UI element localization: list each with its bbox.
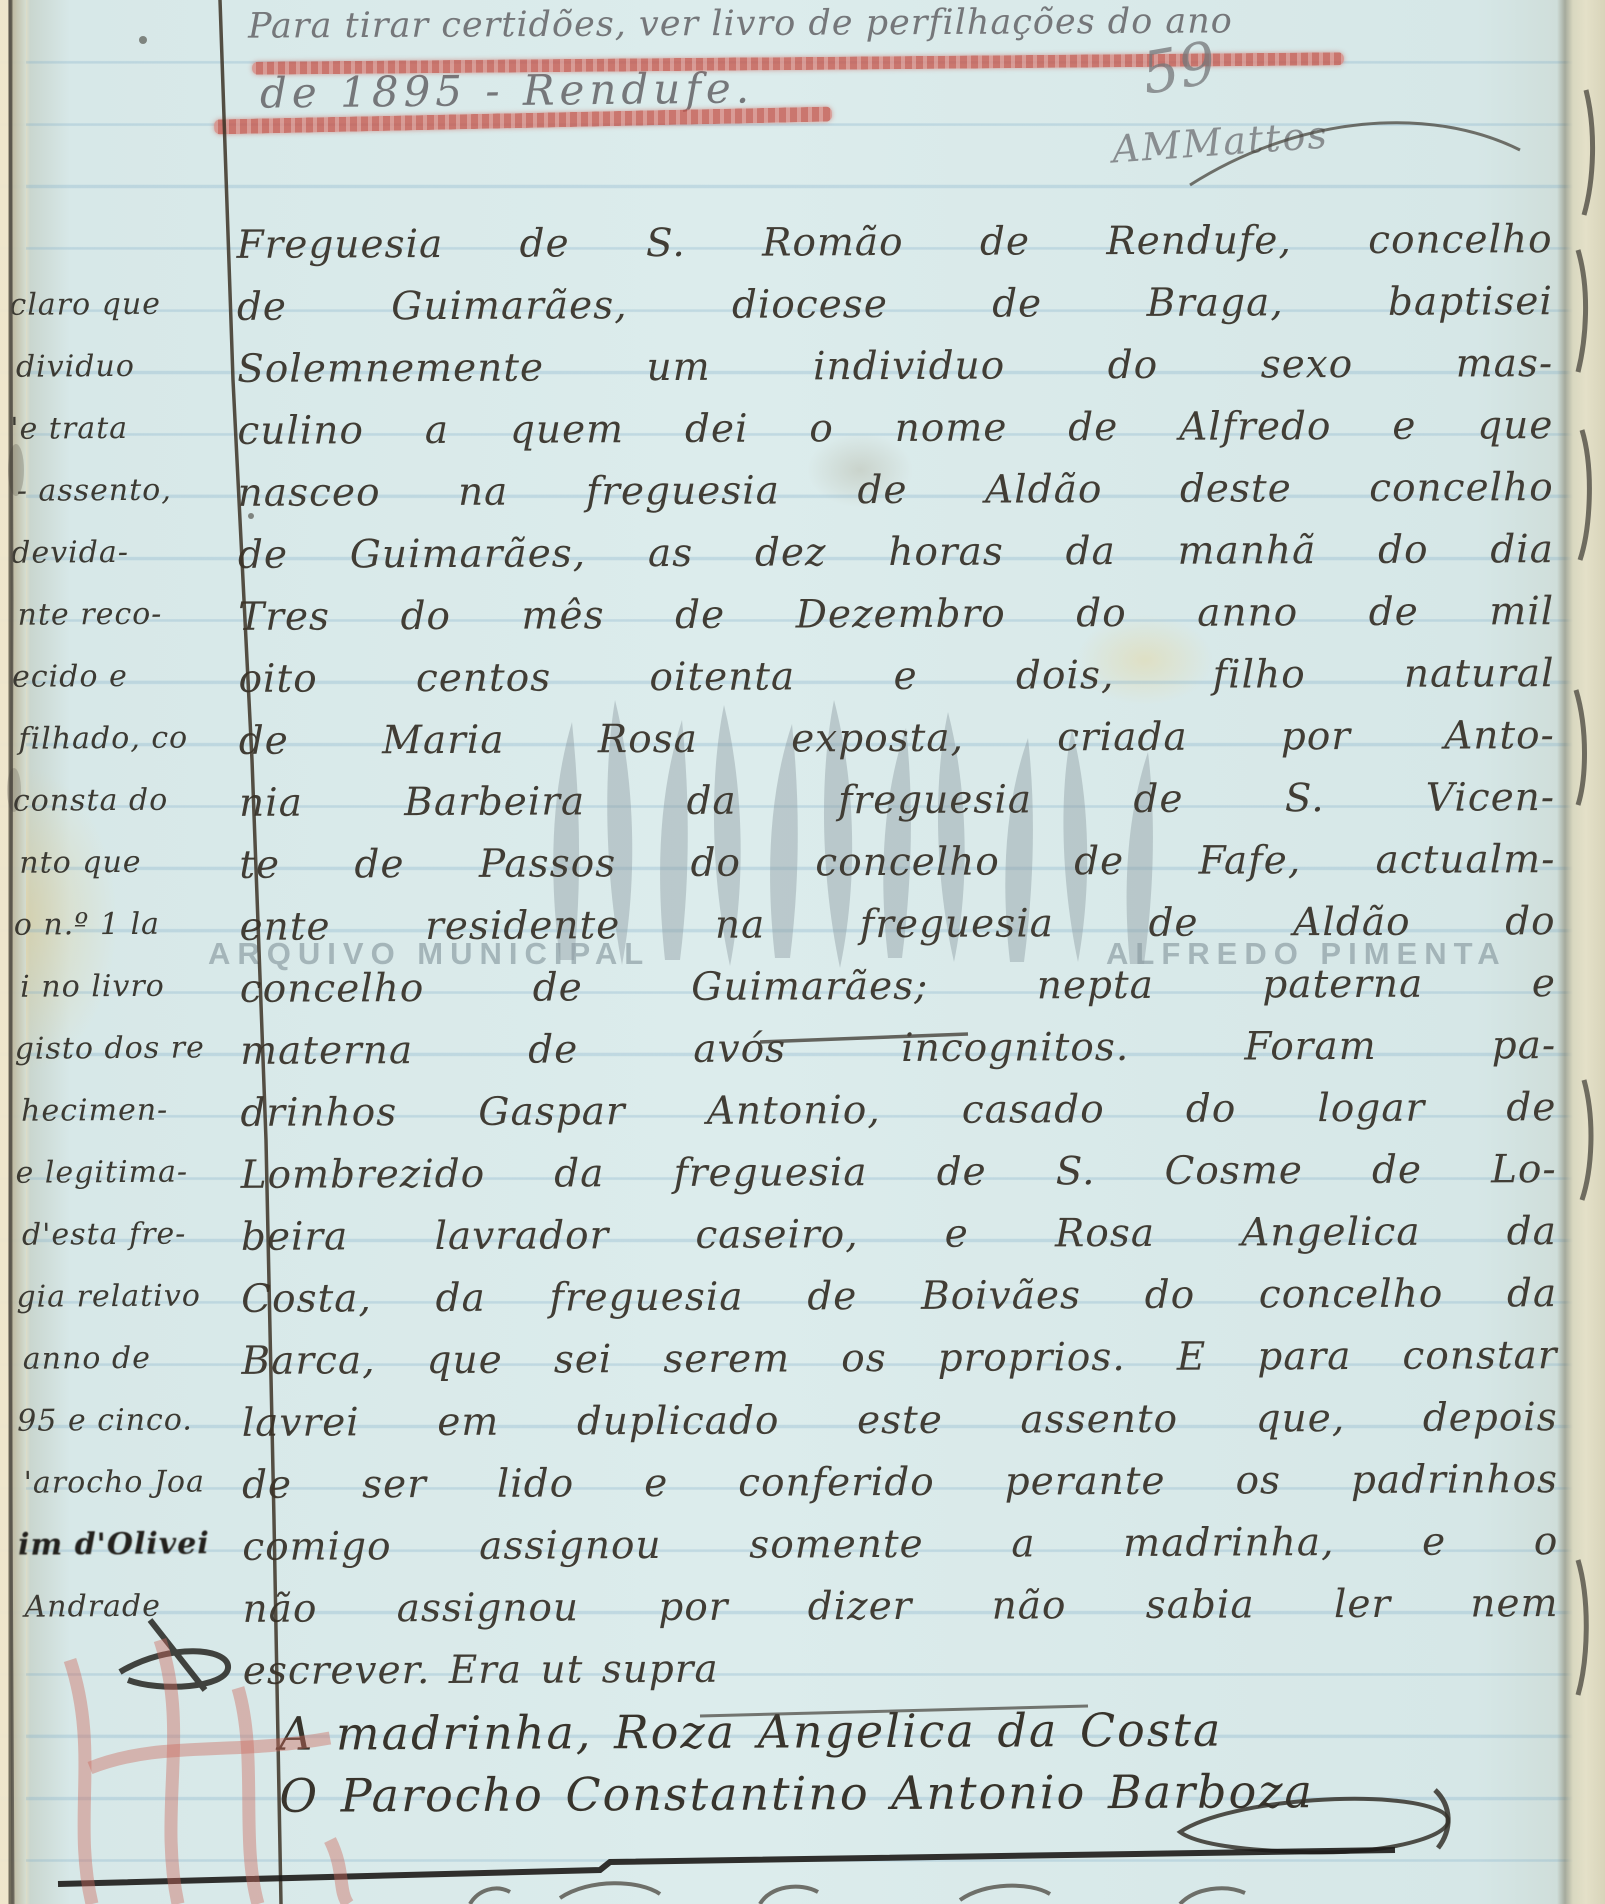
record-text-line: concelho de Guimarães; nepta paterna e <box>240 953 1556 1021</box>
record-text-line: lavrei em duplicado este assento que, de… <box>242 1387 1558 1455</box>
record-text-line: Tres do mês de Dezembro do anno de mil <box>238 581 1554 649</box>
margin-note: claro quedividuo'e trata- assento,devida… <box>9 273 237 1638</box>
margin-note-line: i no livro <box>14 955 232 1019</box>
right-page-edge <box>1557 0 1605 1904</box>
margin-note-line: o n.º 1 la <box>14 893 232 957</box>
record-text-line: de ser lido e conferido perante os padri… <box>242 1449 1558 1517</box>
margin-note-line: ecido e <box>12 645 230 709</box>
margin-note-line: im d'Olivei <box>18 1513 236 1577</box>
margin-note-line: filhado, co <box>12 707 230 771</box>
record-text-line: de Guimarães, diocese de Braga, baptisei <box>237 271 1553 339</box>
record-text-line: A madrinha, Roza Angelica da Costa <box>243 1697 1559 1765</box>
record-text-line: drinhos Gaspar Antonio, casado do logar … <box>240 1077 1556 1145</box>
margin-note-line: gisto dos re <box>14 1017 232 1081</box>
record-text-line: Costa, da freguesia de Boivães do concel… <box>241 1263 1557 1331</box>
margin-note-line: 'e trata <box>10 397 228 461</box>
record-text-line: te de Passos do concelho de Fafe, actual… <box>239 829 1555 897</box>
header-archival-note-line1: Para tirar certidões, ver livro de perfi… <box>248 1 1233 46</box>
record-text-line: beira lavrador caseiro, e Rosa Angelica … <box>241 1201 1557 1269</box>
margin-note-line: devida- <box>11 521 229 585</box>
record-text-line: comigo assignou somente a madrinha, e o <box>242 1511 1558 1579</box>
margin-note-line: claro que <box>9 273 227 337</box>
record-text-line: oito centos oitenta e dois, filho natura… <box>238 643 1554 711</box>
page-number: 59 <box>1137 28 1221 108</box>
record-text-line: O Parocho Constantino Antonio Barboza <box>243 1759 1559 1827</box>
margin-note-line: hecimen- <box>15 1079 233 1143</box>
margin-note-line: consta do <box>13 769 231 833</box>
record-text-line: nasceo na freguesia de Aldão deste conce… <box>238 457 1554 525</box>
margin-note-line: nte reco- <box>11 583 229 647</box>
scanned-register-page: ARQUIVO MUNICIPAL ALFREDO PIMENTA Para t… <box>0 0 1605 1904</box>
record-text-line: nia Barbeira da freguesia de S. Vicen- <box>239 767 1555 835</box>
margin-note-line: nto que <box>13 831 231 895</box>
margin-note-line: - assento, <box>11 459 229 523</box>
margin-note-line: e legitima- <box>15 1141 233 1205</box>
margin-note-line: 'arocho Joa <box>17 1451 235 1515</box>
record-text-line: culino a quem dei o nome de Alfredo e qu… <box>237 395 1553 463</box>
record-text-line: Solemnemente um individuo do sexo mas- <box>237 333 1553 401</box>
margin-note-line: Andrade <box>18 1575 236 1639</box>
margin-note-line: gia relativo <box>16 1265 234 1329</box>
margin-note-line: d'esta fre- <box>16 1203 234 1267</box>
body-text: Freguesia de S. Romão de Rendufe, concel… <box>236 209 1559 1827</box>
record-text-line: de Guimarães, as dez horas da manhã do d… <box>238 519 1554 587</box>
margin-note-line: dividuo <box>10 335 228 399</box>
record-text-line: Lombrezido da freguesia de S. Cosme de L… <box>241 1139 1557 1207</box>
margin-note-line: anno de <box>17 1327 235 1391</box>
record-text-line: de Maria Rosa exposta, criada por Anto- <box>239 705 1555 773</box>
record-text-line: Freguesia de S. Romão de Rendufe, concel… <box>236 209 1552 277</box>
record-text-line: materna de avós incognitos. Foram pa- <box>240 1015 1556 1083</box>
margin-note-line: 95 e cinco. <box>17 1389 235 1453</box>
record-text-line: escrever. Era ut supra <box>243 1635 1559 1703</box>
record-text-line: não assignou por dizer não sabia ler nem <box>242 1573 1558 1641</box>
record-text-line: ente residente na freguesia de Aldão do <box>239 891 1555 959</box>
record-text-line: Barca, que sei serem os proprios. E para… <box>241 1325 1557 1393</box>
